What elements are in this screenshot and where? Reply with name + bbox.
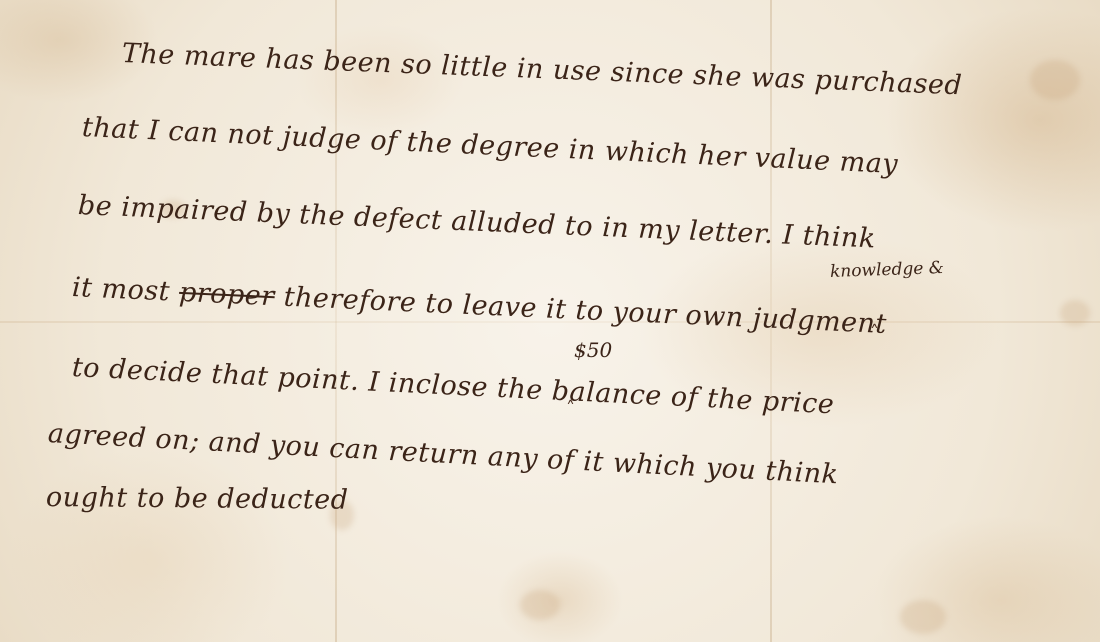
paper-stain — [900, 600, 946, 634]
aged-letter-page: The mare has been so little in use since… — [0, 0, 1100, 642]
paper-stain — [520, 590, 560, 620]
interlinear-insertion-knowledge: knowledge & — [830, 258, 945, 282]
line-4-start: it most — [71, 272, 170, 307]
letter-line-4: it most proper therefore to leave it to … — [71, 272, 887, 340]
letter-line-6: agreed on; and you can return any of it … — [47, 418, 839, 490]
struck-word: proper — [178, 277, 275, 312]
paper-stain — [1060, 300, 1090, 326]
letter-line-3: be impaired by the defect alluded to in … — [77, 190, 876, 254]
paper-stain — [1030, 60, 1080, 100]
letter-line-7: ought to be deducted — [46, 482, 349, 516]
letter-line-2: that I can not judge of the degree in wh… — [81, 112, 898, 180]
insertion-caret-mark: ˄ — [566, 398, 575, 419]
letter-line-1: The mare has been so little in use since… — [121, 38, 962, 101]
insertion-caret-mark: ˄ — [870, 322, 879, 343]
letter-line-5: to decide that point. I inclose the bala… — [71, 352, 835, 420]
interlinear-insertion-amount: $50 — [574, 338, 612, 362]
line-4-end: therefore to leave it to your own judgme… — [283, 282, 887, 340]
